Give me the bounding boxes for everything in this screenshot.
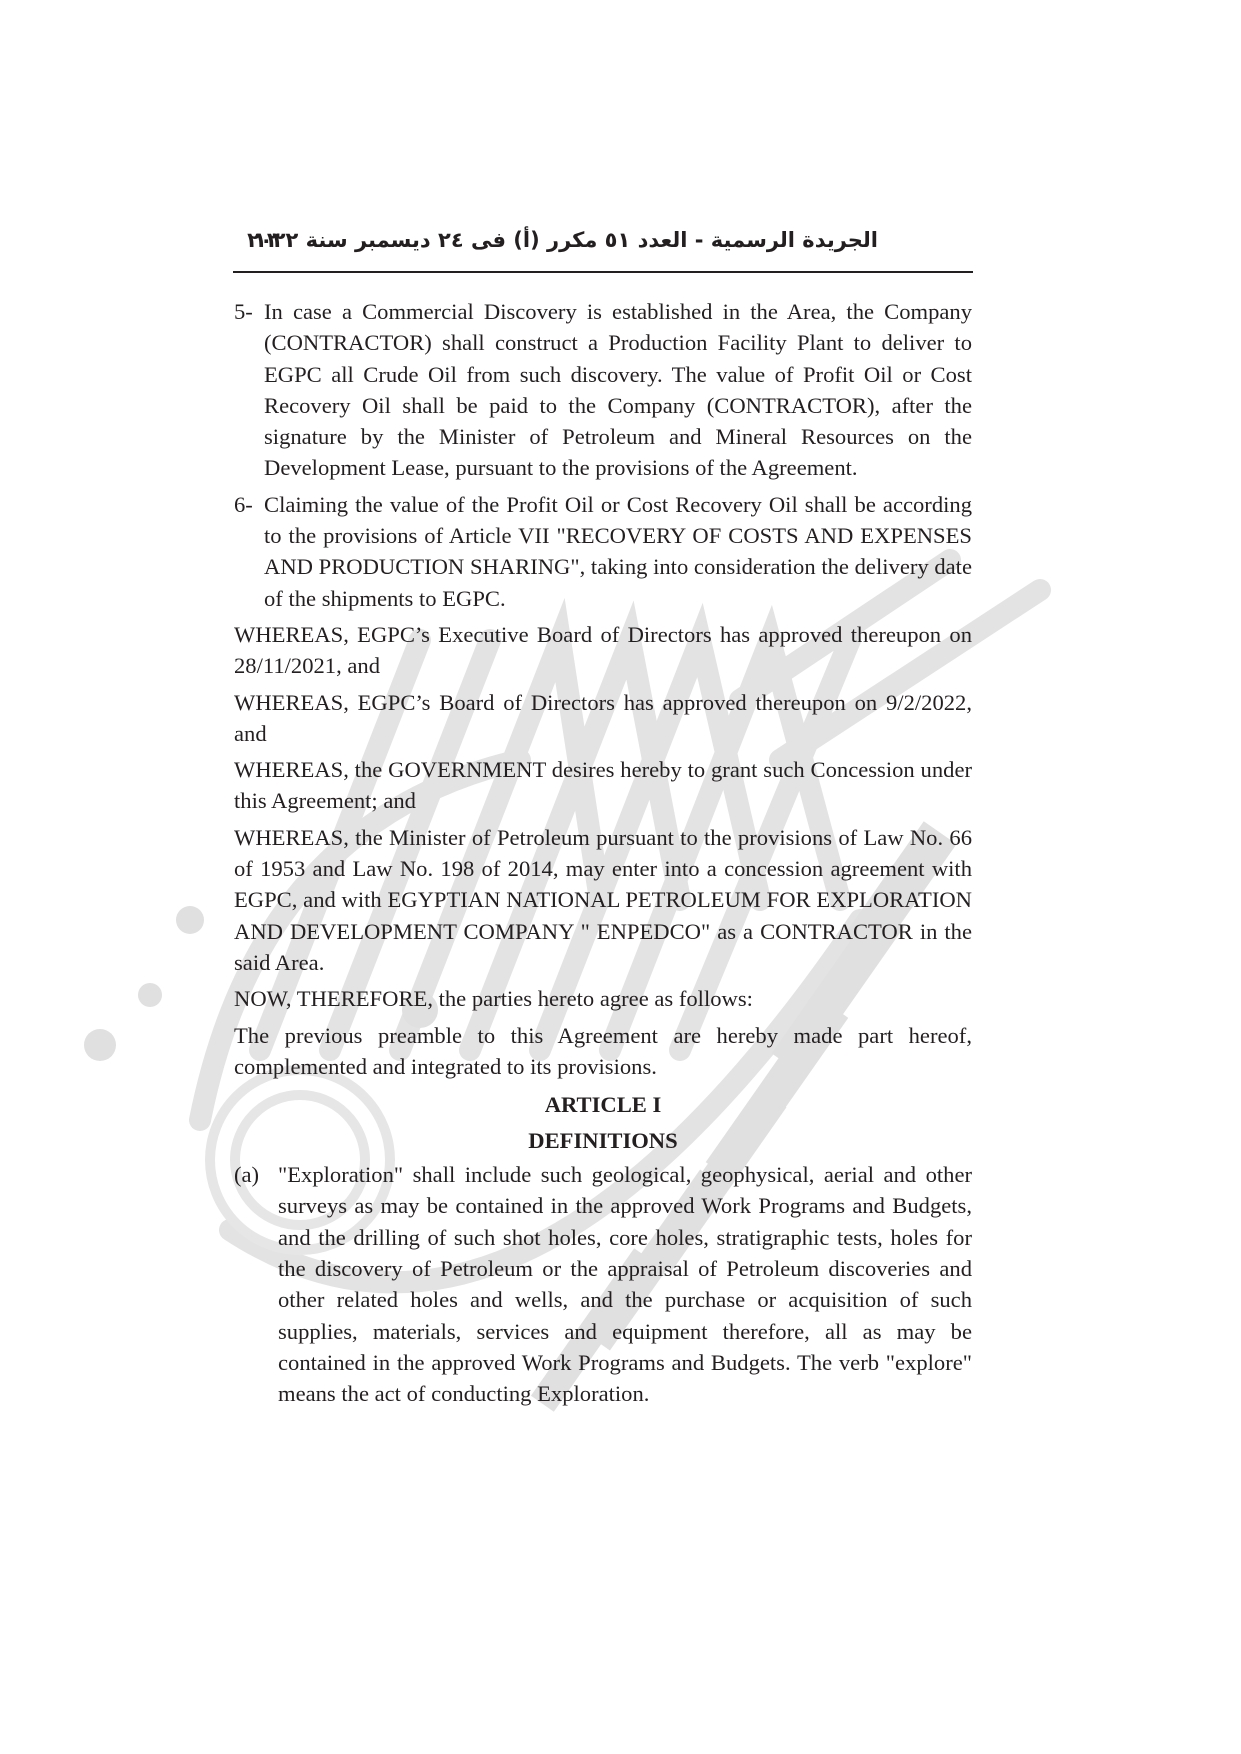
whereas-clause: WHEREAS, the Minister of Petroleum pursu…	[234, 822, 972, 978]
whereas-clause: WHEREAS, EGPC’s Board of Directors has a…	[234, 687, 972, 750]
numbered-item: 6- Claiming the value of the Profit Oil …	[234, 489, 972, 614]
whereas-clause: WHEREAS, the GOVERNMENT desires hereby t…	[234, 754, 972, 817]
page-header: ١٣ الجريدة الرسمية - العدد ٥١ مكرر (أ) ف…	[234, 226, 972, 266]
item-number: 6-	[234, 489, 253, 520]
gazette-header-title: الجريدة الرسمية - العدد ٥١ مكرر (أ) فى ٢…	[247, 228, 878, 252]
item-number: 5-	[234, 296, 253, 327]
whereas-clause: WHEREAS, EGPC’s Executive Board of Direc…	[234, 619, 972, 682]
article-title: ARTICLE I	[234, 1087, 972, 1123]
document-body: 5- In case a Commercial Discovery is est…	[234, 296, 972, 1415]
definition-text: "Exploration" shall include such geologi…	[278, 1162, 972, 1406]
definition-item: (a) "Exploration" shall include such geo…	[234, 1159, 972, 1409]
document-page: ١٣ الجريدة الرسمية - العدد ٥١ مكرر (أ) ف…	[234, 226, 972, 266]
preamble-clause: The previous preamble to this Agreement …	[234, 1020, 972, 1083]
item-text: Claiming the value of the Profit Oil or …	[264, 492, 972, 611]
item-text: In case a Commercial Discovery is establ…	[264, 299, 972, 480]
article-subtitle: DEFINITIONS	[234, 1123, 972, 1159]
definition-label: (a)	[234, 1159, 259, 1190]
numbered-item: 5- In case a Commercial Discovery is est…	[234, 296, 972, 484]
header-rule	[233, 271, 973, 273]
now-therefore-clause: NOW, THEREFORE, the parties hereto agree…	[234, 983, 972, 1014]
